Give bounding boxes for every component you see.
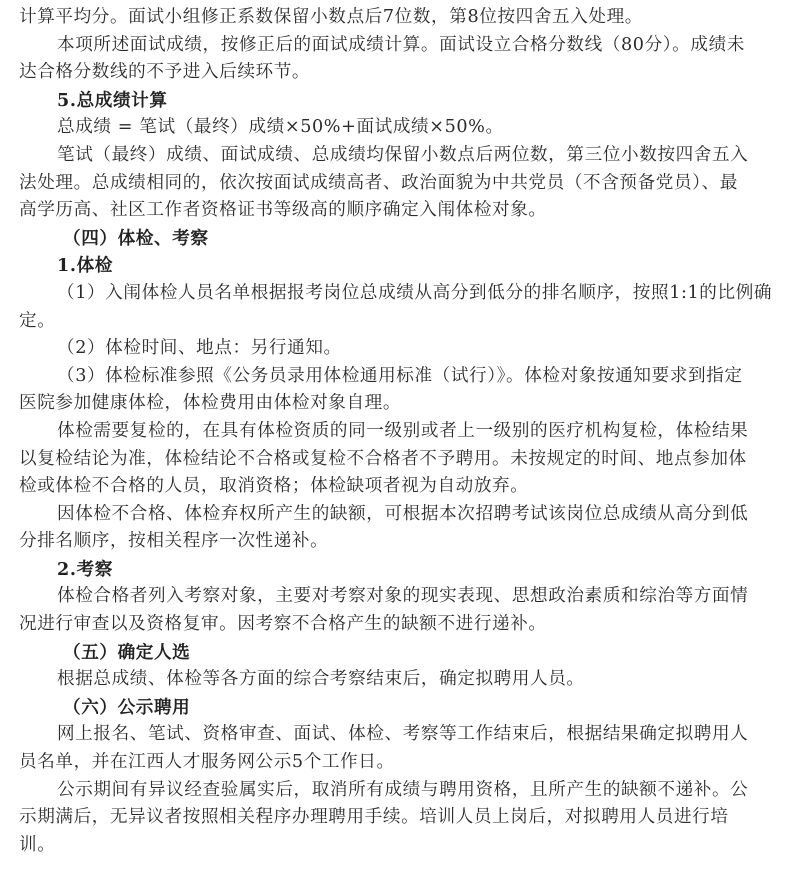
paragraph-line: 根据总成绩、体检等各方面的综合考察结束后，确定拟聘用人员。 — [19, 666, 787, 694]
subheading-inspection: 2.考察 — [19, 556, 787, 584]
paragraph-line: 示期满后，无异议者按照相关程序办理聘用手续。培训人员上岗后，对拟聘用人员进行培 — [19, 804, 787, 832]
paragraph-line: 医院参加健康体检，体检费用由体检对象自理。 — [19, 390, 787, 418]
document-body: 计算平均分。面试小组修正系数保留小数点后7位数，第8位按四舍五入处理。 本项所述… — [0, 0, 800, 859]
paragraph-line: 本项所述面试成绩，按修正后的面试成绩计算。面试设立合格分数线（80分）。成绩未 — [19, 32, 787, 60]
paragraph-line: 训。 — [19, 832, 787, 860]
paragraph-line: （1）入闱体检人员名单根据报考岗位总成绩从高分到低分的排名顺序，按照1:1的比例… — [19, 280, 787, 308]
section-heading-physical-exam: （四）体检、考察 — [19, 225, 787, 253]
paragraph-line: 总成绩 = 笔试（最终）成绩×50%+面试成绩×50%。 — [19, 114, 787, 142]
paragraph-line: 计算平均分。面试小组修正系数保留小数点后7位数，第8位按四舍五入处理。 — [19, 4, 787, 32]
paragraph-line: 公示期间有异议经查验属实后，取消所有成绩与聘用资格，且所产生的缺额不递补。公 — [19, 777, 787, 805]
paragraph-line: 因体检不合格、体检弃权所产生的缺额，可根据本次招聘考试该岗位总成绩从高分到低 — [19, 501, 787, 529]
subheading-total-score: 5.总成绩计算 — [19, 87, 787, 115]
paragraph-line: 定。 — [19, 308, 787, 336]
paragraph-line: 法处理。总成绩相同的，依次按面试成绩高者、政治面貌为中共党员（不含预备党员）、最 — [19, 170, 787, 198]
paragraph-line: 体检合格者列入考察对象，主要对考察对象的现实表现、思想政治素质和综治等方面情 — [19, 583, 787, 611]
paragraph-line: 体检需要复检的，在具有体检资质的同一级别或者上一级别的医疗机构复检，体检结果 — [19, 418, 787, 446]
section-heading-publicity-hiring: （六）公示聘用 — [19, 694, 787, 722]
paragraph-line: 以复检结论为准，体检结论不合格或复检不合格者不予聘用。未按规定的时间、地点参加体 — [19, 446, 787, 474]
paragraph-line: 员名单，并在江西人才服务网公示5个工作日。 — [19, 749, 787, 777]
paragraph-line: 网上报名、笔试、资格审查、面试、体检、考察等工作结束后，根据结果确定拟聘用人 — [19, 721, 787, 749]
paragraph-line: 况进行审查以及资格复审。因考察不合格产生的缺额不进行递补。 — [19, 611, 787, 639]
paragraph-line: 笔试（最终）成绩、面试成绩、总成绩均保留小数点后两位数，第三位小数按四舍五入 — [19, 142, 787, 170]
section-heading-candidate-selection: （五）确定人选 — [19, 639, 787, 667]
subheading-physical-exam: 1.体检 — [19, 252, 787, 280]
paragraph-line: 分排名顺序，按相关程序一次性递补。 — [19, 528, 787, 556]
paragraph-line: 达合格分数线的不予进入后续环节。 — [19, 59, 787, 87]
paragraph-line: 高学历高、社区工作者资格证书等级高的顺序确定入闱体检对象。 — [19, 197, 787, 225]
paragraph-line: 检或体检不合格的人员，取消资格；体检缺项者视为自动放弃。 — [19, 473, 787, 501]
paragraph-line: （3）体检标准参照《公务员录用体检通用标准（试行）》。体检对象按通知要求到指定 — [19, 363, 787, 391]
paragraph-line: （2）体检时间、地点：另行通知。 — [19, 335, 787, 363]
